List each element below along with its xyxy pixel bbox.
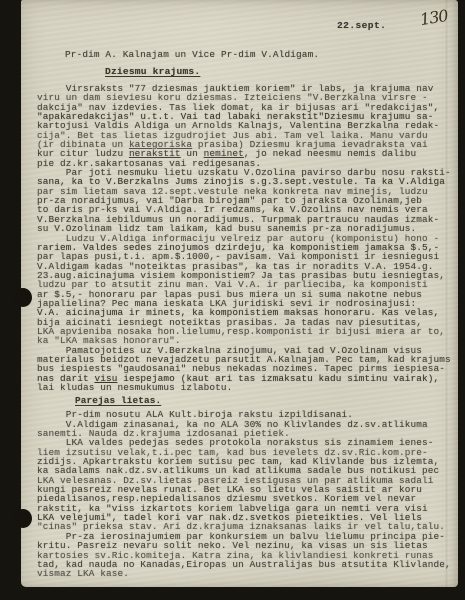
text-line: vismaz LKA kase. bbox=[37, 569, 451, 578]
date-stamp: 22.sept. bbox=[337, 20, 386, 31]
section-heading: Parejas lietas. bbox=[75, 396, 451, 406]
document-body: Virsraksts "77 dziesmas jauktiem koriem"… bbox=[37, 84, 451, 579]
scanned-letter-screenshot: { "page": { "background_color": "#16140e… bbox=[0, 0, 465, 600]
punch-hole bbox=[14, 509, 32, 528]
document-title: Dziesmu krajums. bbox=[105, 66, 200, 77]
salutation-line: Pr-dim A. Kalnajam un Vice Pr-dim V.Aldi… bbox=[65, 49, 319, 60]
text-line: lai kludas un nesmukumus izlabotu. bbox=[37, 383, 451, 392]
punch-hole bbox=[14, 288, 32, 307]
letter-page: 130 22.sept. Pr-dim A. Kalnajam un Vice … bbox=[21, 0, 458, 587]
